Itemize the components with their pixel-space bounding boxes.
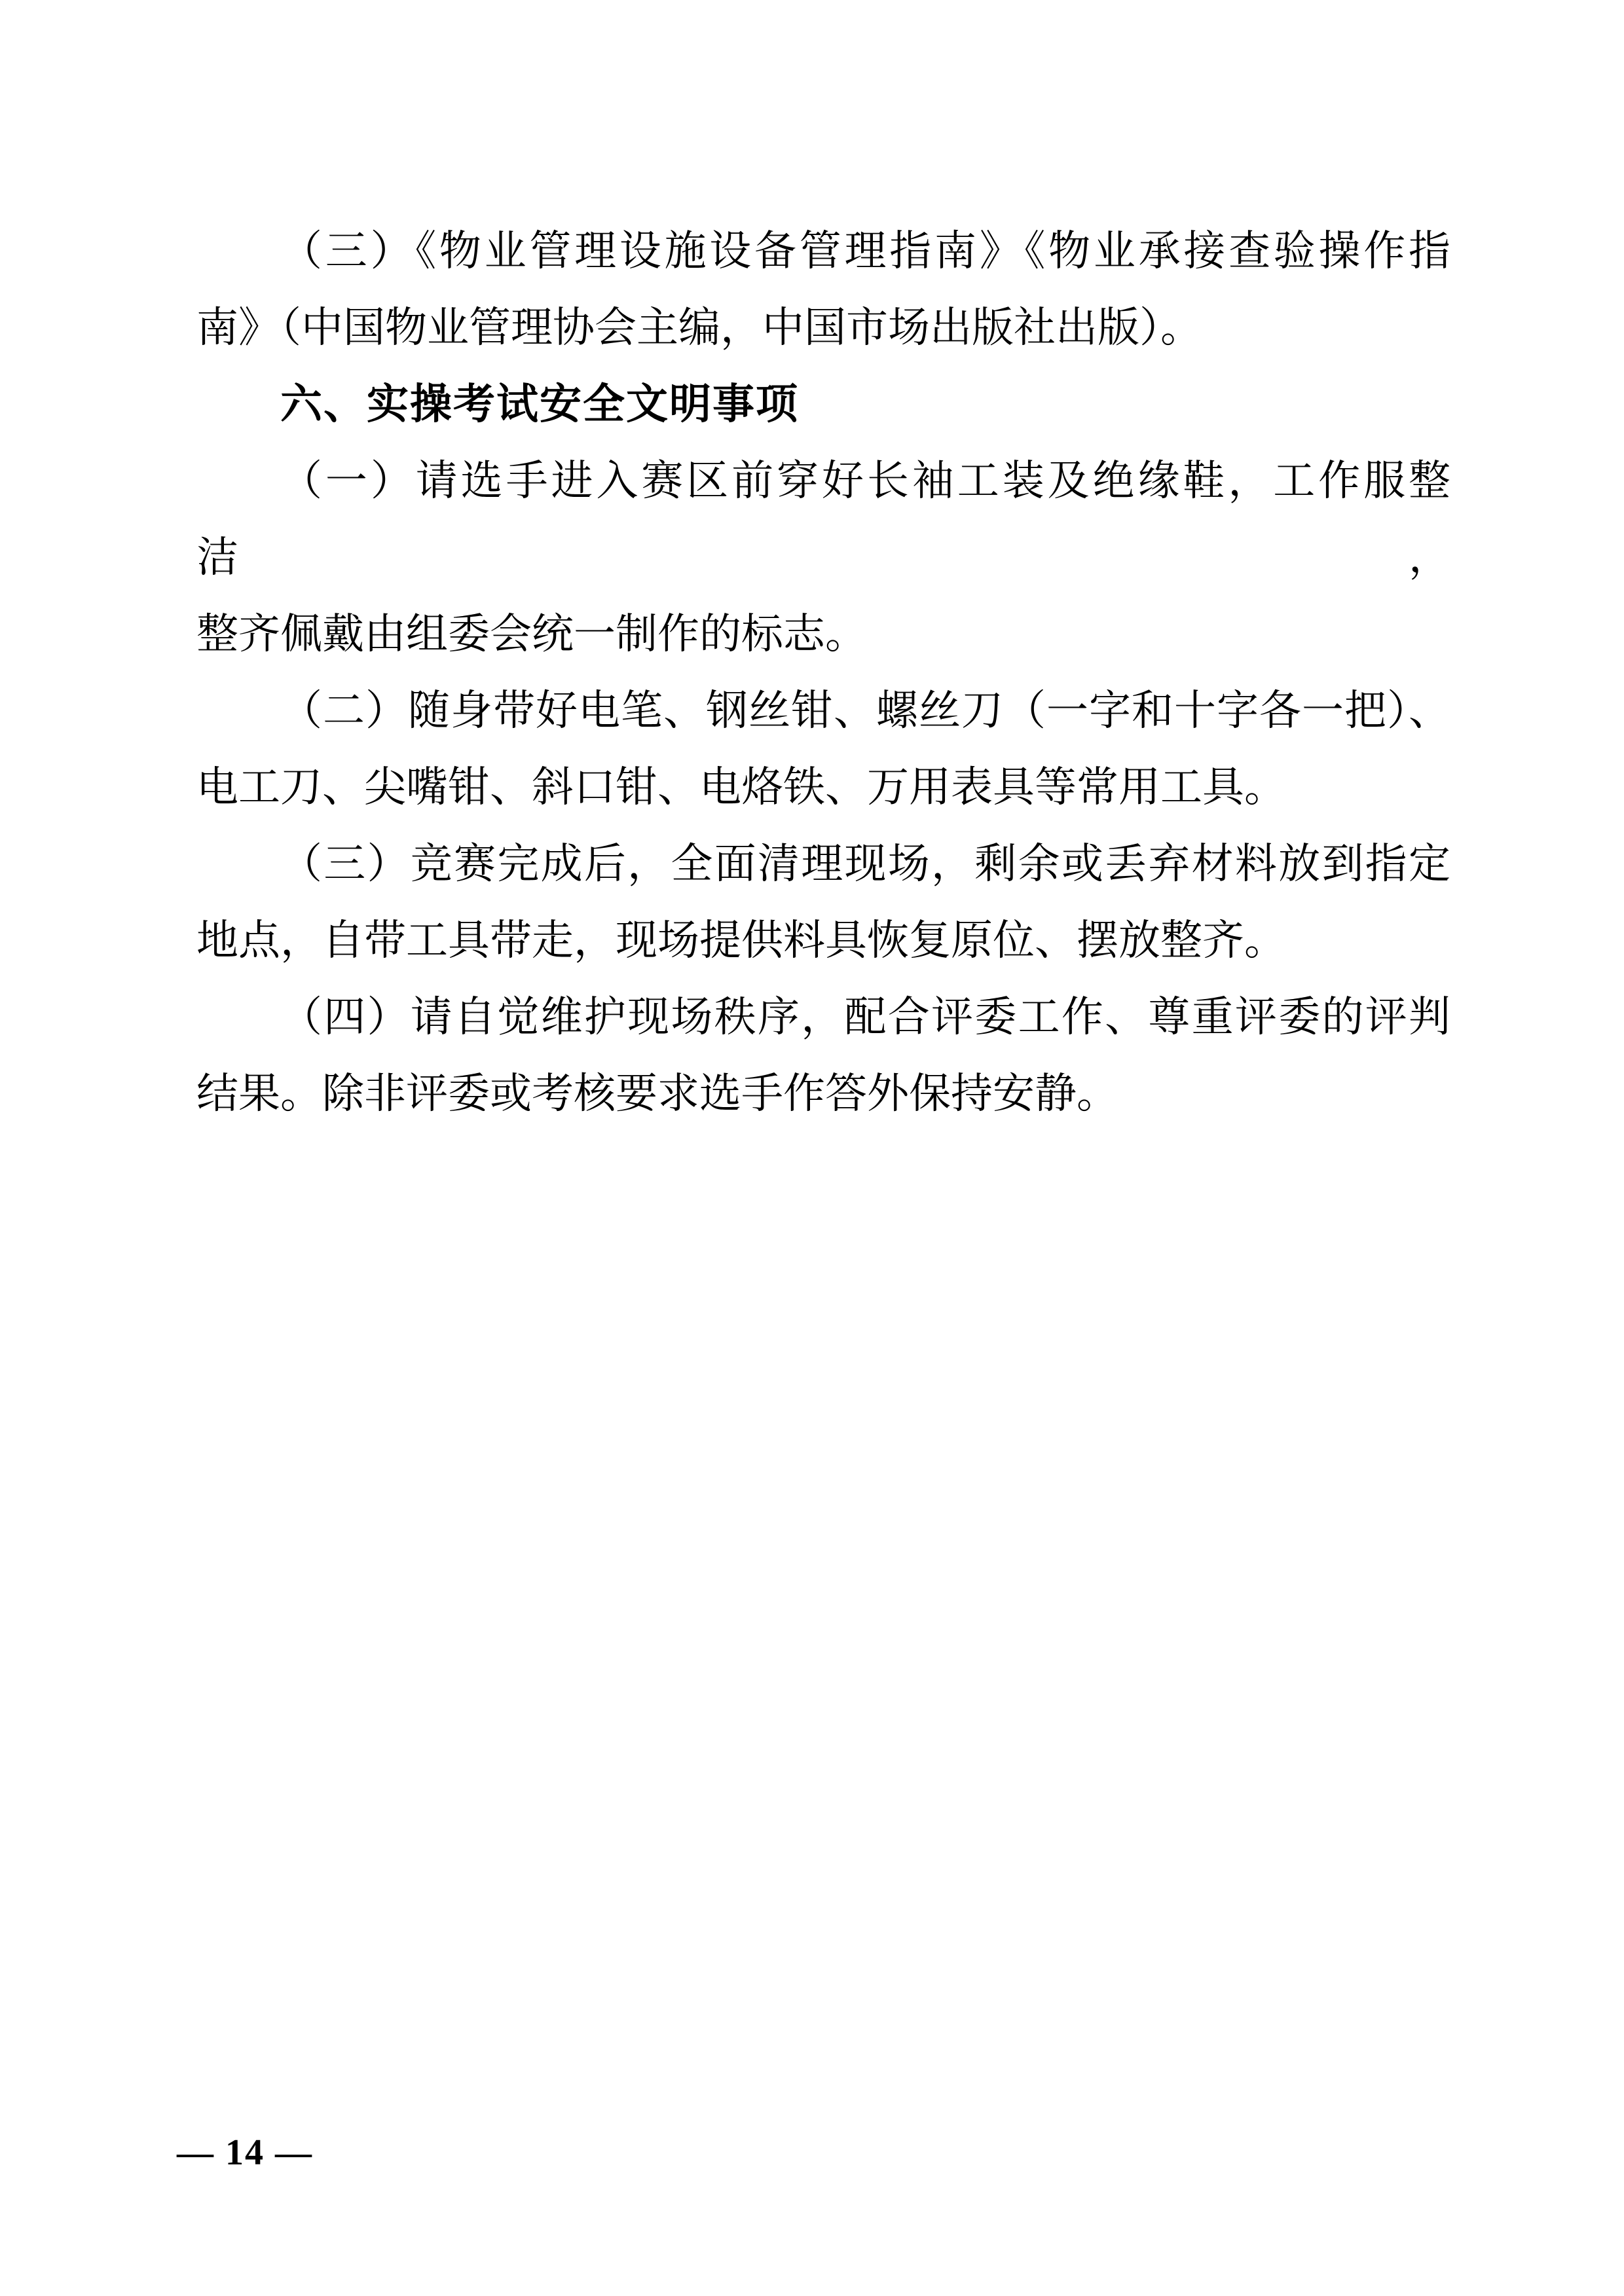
text-line: 地点，自带工具带走，现场提供料具恢复原位、摆放整齐。	[196, 902, 1450, 979]
text-line: （三）竞赛完成后，全面清理现场，剩余或丢弃材料放到指定	[196, 826, 1450, 902]
document-page: （三）《物业管理设施设备管理指南》《物业承接查验操作指 南》（中国物业管理协会主…	[0, 0, 1624, 2296]
text-line: 整齐佩戴由组委会统一制作的标志。	[196, 596, 1450, 672]
text-line: （二）随身带好电笔、钢丝钳、螺丝刀（一字和十字各一把）、	[196, 672, 1450, 749]
text-line: 结果。除非评委或考核要求选手作答外保持安静。	[196, 1055, 1450, 1132]
text-line: 南》（中国物业管理协会主编，中国市场出版社出版）。	[196, 289, 1450, 366]
text-line: （一）请选手进入赛区前穿好长袖工装及绝缘鞋，工作服整洁，	[196, 443, 1450, 596]
page-number: — 14 —	[177, 2133, 313, 2172]
section-heading: 六、实操考试安全文明事项	[196, 366, 1450, 443]
text-line: 电工刀、尖嘴钳、斜口钳、电烙铁、万用表具等常用工具。	[196, 749, 1450, 826]
text-line: （四）请自觉维护现场秩序，配合评委工作、尊重评委的评判	[196, 979, 1450, 1055]
document-body: （三）《物业管理设施设备管理指南》《物业承接查验操作指 南》（中国物业管理协会主…	[196, 213, 1450, 1132]
text-line: （三）《物业管理设施设备管理指南》《物业承接查验操作指	[196, 213, 1450, 289]
